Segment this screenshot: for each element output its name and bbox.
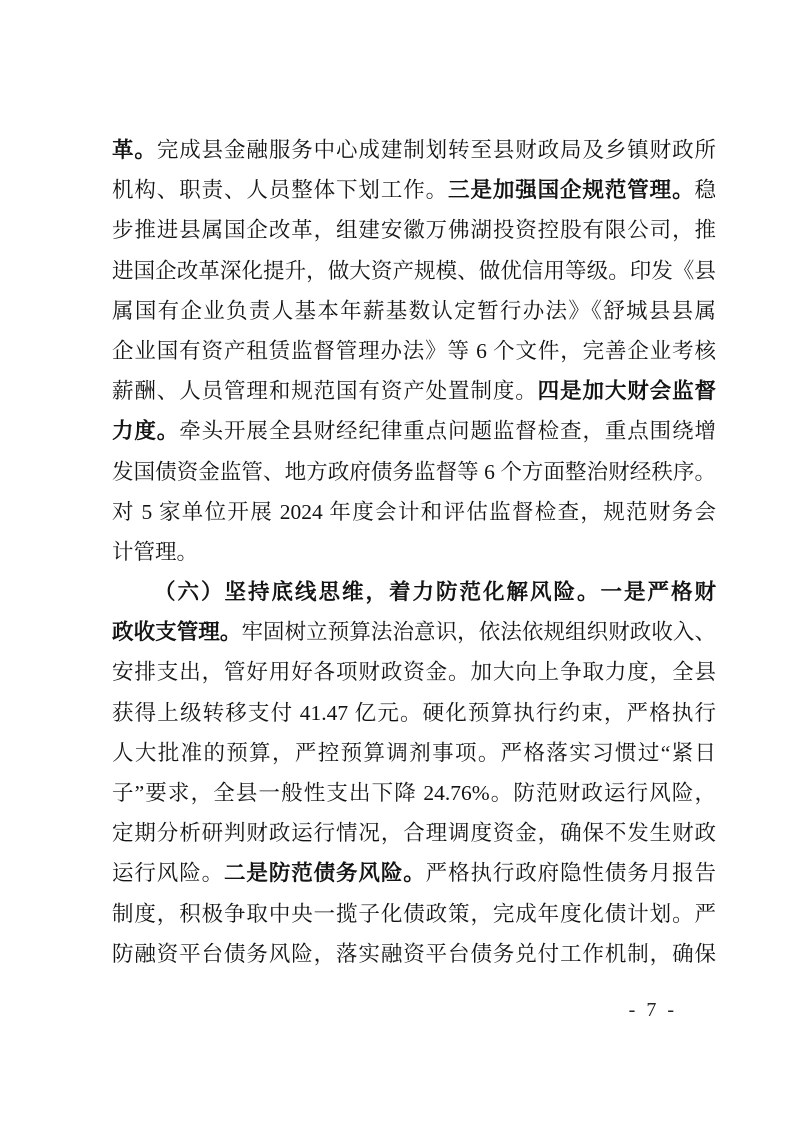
- text-line: 获得上级转移支付 41.47 亿元。硬化预算执行约束，严格执行: [112, 693, 716, 733]
- bold-text-segment: 二是防范债务风险。: [224, 861, 426, 885]
- text-segment: 对 5 家单位开展 2024 年度会计和评估监督检查，规范财务会: [112, 500, 716, 524]
- text-line: 计管理。: [112, 532, 716, 572]
- text-segment: 获得上级转移支付 41.47 亿元。硬化预算执行约束，严格执行: [112, 701, 716, 725]
- text-segment: 步推进县属国企改革，组建安徽万佛湖投资控股有限公司，推: [112, 218, 716, 242]
- text-line: 对 5 家单位开展 2024 年度会计和评估监督检查，规范财务会: [112, 492, 716, 532]
- text-segment: 薪酬、人员管理和规范国有资产处置制度。: [112, 379, 538, 403]
- text-line: （六）坚持底线思维，着力防范化解风险。一是严格财: [112, 572, 716, 612]
- text-segment: 运行风险。: [112, 861, 224, 885]
- text-line: 安排支出，管好用好各项财政资金。加大向上争取力度，全县: [112, 652, 716, 692]
- document-body: 革。完成县金融服务中心成建制划转至县财政局及乡镇财政所机构、职责、人员整体下划工…: [112, 130, 716, 974]
- text-segment: 完成县金融服务中心成建制划转至县财政局及乡镇财政所: [157, 138, 716, 162]
- text-segment: 计管理。: [112, 540, 198, 564]
- bold-text-segment: 力度。: [112, 419, 179, 443]
- bold-text-segment: （六）坚持底线思维，着力防范化解风险。一是严格财: [154, 580, 716, 604]
- text-line: 防融资平台债务风险，落实融资平台债务兑付工作机制，确保: [112, 934, 716, 974]
- text-line: 政收支管理。牢固树立预算法治意识，依法依规组织财政收入、: [112, 612, 716, 652]
- text-line: 步推进县属国企改革，组建安徽万佛湖投资控股有限公司，推: [112, 210, 716, 250]
- text-segment: 定期分析研判财政运行情况，合理调度资金，确保不发生财政: [112, 821, 716, 845]
- text-segment: 牵头开展全县财经纪律重点问题监督检查，重点围绕增: [179, 419, 716, 443]
- text-segment: 人大批准的预算，严控预算调剂事项。严格落实习惯过“紧日: [112, 741, 716, 765]
- text-segment: 严格执行政府隐性债务月报告: [426, 861, 716, 885]
- text-segment: 防融资平台债务风险，落实融资平台债务兑付工作机制，确保: [112, 942, 716, 966]
- document-page: 革。完成县金融服务中心成建制划转至县财政局及乡镇财政所机构、职责、人员整体下划工…: [0, 0, 793, 1122]
- text-segment: 子”要求，全县一般性支出下降 24.76%。防范财政运行风险，: [112, 781, 716, 805]
- text-line: 发国债资金监管、地方政府债务监督等 6 个方面整治财经秩序。: [112, 452, 716, 492]
- text-line: 属国有企业负责人基本年薪基数认定暂行办法》《舒城县县属: [112, 291, 716, 331]
- text-line: 人大批准的预算，严控预算调剂事项。严格落实习惯过“紧日: [112, 733, 716, 773]
- text-segment: 制度，积极争取中央一揽子化债政策，完成年度化债计划。严: [112, 902, 716, 926]
- bold-text-segment: 革。: [112, 138, 157, 162]
- text-line: 进国企改革深化提升，做大资产规模、做优信用等级。印发《县: [112, 251, 716, 291]
- text-line: 运行风险。二是防范债务风险。严格执行政府隐性债务月报告: [112, 853, 716, 893]
- text-line: 子”要求，全县一般性支出下降 24.76%。防范财政运行风险，: [112, 773, 716, 813]
- text-segment: 属国有企业负责人基本年薪基数认定暂行办法》《舒城县县属: [112, 299, 716, 323]
- text-line: 革。完成县金融服务中心成建制划转至县财政局及乡镇财政所: [112, 130, 716, 170]
- text-line: 薪酬、人员管理和规范国有资产处置制度。四是加大财会监督: [112, 371, 716, 411]
- text-segment: 企业国有资产租赁监督管理办法》等 6 个文件，完善企业考核: [112, 339, 716, 363]
- text-segment: 稳: [694, 178, 716, 202]
- text-segment: 发国债资金监管、地方政府债务监督等 6 个方面整治财经秩序。: [112, 460, 716, 484]
- text-segment: 牢固树立预算法治意识，依法依规组织财政收入、: [241, 620, 716, 644]
- text-line: 力度。牵头开展全县财经纪律重点问题监督检查，重点围绕增: [112, 411, 716, 451]
- bold-text-segment: 政收支管理。: [112, 620, 241, 644]
- text-segment: 机构、职责、人员整体下划工作。: [112, 178, 448, 202]
- bold-text-segment: 四是加大财会监督: [538, 379, 716, 403]
- text-line: 定期分析研判财政运行情况，合理调度资金，确保不发生财政: [112, 813, 716, 853]
- text-segment: 安排支出，管好用好各项财政资金。加大向上争取力度，全县: [112, 660, 716, 684]
- text-line: 机构、职责、人员整体下划工作。三是加强国企规范管理。稳: [112, 170, 716, 210]
- text-line: 制度，积极争取中央一揽子化债政策，完成年度化债计划。严: [112, 894, 716, 934]
- page-number: - 7 -: [629, 998, 677, 1022]
- bold-text-segment: 三是加强国企规范管理。: [448, 178, 694, 202]
- text-segment: 进国企改革深化提升，做大资产规模、做优信用等级。印发《县: [112, 259, 716, 283]
- text-line: 企业国有资产租赁监督管理办法》等 6 个文件，完善企业考核: [112, 331, 716, 371]
